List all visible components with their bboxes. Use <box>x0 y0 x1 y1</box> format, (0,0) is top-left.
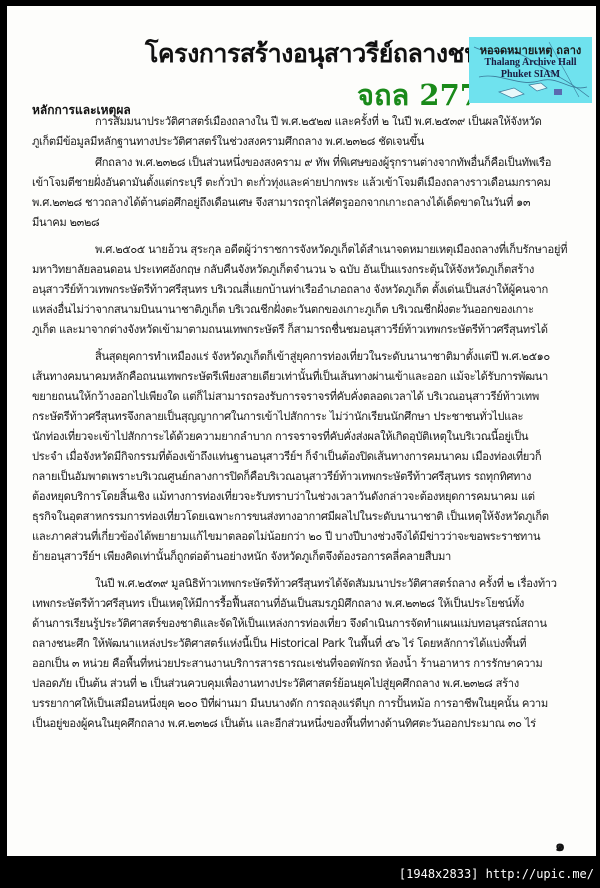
body-line: เป็นอยู่ของผู้คนในยุคศึกถลาง พ.ศ.๒๓๒๘ เป… <box>32 714 579 732</box>
body-line: ภูเก็ต และมาจากต่างจังหวัดเข้ามาตามถนนเท… <box>32 320 579 338</box>
logo-english-line2: Phuket SIAM <box>469 69 592 80</box>
archive-logo: หอจดหมายเหตุ ถลาง Thalang Archive Hall P… <box>469 37 592 103</box>
body-line: เข้าโจมตีชายฝั่งอันดามันตั้งแต่กระบุรี ต… <box>32 173 579 191</box>
body-line: ประจำ เมื่อจังหวัดมีกิจกรรมที่ต้องเข้าถึ… <box>32 447 579 465</box>
document-title: โครงการสร้างอนุสาวรีย์ถลางชนะศึก <box>145 34 524 74</box>
body-line: ขยายถนนให้กว้างออกไปเพียงใด แต่ก็ไม่สามา… <box>32 387 579 405</box>
document-page: โครงการสร้างอนุสาวรีย์ถลางชนะศึก จถล 277… <box>7 6 596 856</box>
body-line: ด้านการเรียนรู้ประวัติศาสตร์ของชาติและจั… <box>32 614 579 632</box>
logo-english-line1: Thalang Archive Hall <box>469 57 592 68</box>
body-line: ต้องหยุดบริการโดยสิ้นเชิง แม้ทางการท่องเ… <box>32 487 579 505</box>
body-line: นักท่องเที่ยวจะเข้าไปสักการะได้ด้วยความย… <box>32 427 579 445</box>
image-host-footer: [1948x2833] http://upic.me/ <box>399 867 594 881</box>
body-line: ย้ายอนุสาวรีย์ฯ เพียงคิดเท่านั้นก็ถูกต่อ… <box>32 547 579 565</box>
body-line: กลายเป็นอัมพาตเพราะบริเวณศูนย์กลางการปิด… <box>32 467 579 485</box>
body-line: อนุสาวรีย์ท้าวเทพกระษัตรีท้าวศรีสุนทร บร… <box>32 280 579 298</box>
body-line: ปลอดภัย เป็นต้น ส่วนที่ ๒ เป็นส่วนควบคุม… <box>32 674 579 692</box>
body-line: ธุรกิจในอุตสาหกรรมการท่องเที่ยวโดยเฉพาะก… <box>32 507 579 525</box>
body-line: เทพกระษัตรีท้าวศรีสุนทร เป็นเหตุให้มีการ… <box>32 594 579 612</box>
body-line: พ.ศ.๒๕๐๕ นายอ้วน สุระกุล อดีตผู้ว่าราชกา… <box>95 240 579 258</box>
body-line: ถลางชนะศึก ให้พัฒนาแหล่งประวัติศาสตร์แห่… <box>32 634 579 652</box>
body-line: ออกเป็น ๓ หน่วย คือพื้นที่หน่วยประสานงาน… <box>32 654 579 672</box>
body-line: เส้นทางคมนาคมหลักคือถนนเทพกระษัตรีเพียงส… <box>32 367 579 385</box>
body-line: ในปี พ.ศ.๒๕๓๙ มูลนิธิท้าวเทพกระษัตรีท้าว… <box>95 574 579 592</box>
body-line: พ.ศ.๒๓๒๘ ชาวถลางได้ต้านต่อศึกอยู่ถึงเดือ… <box>32 193 579 211</box>
body-line: สิ้นสุดยุคการทำเหมืองแร่ จังหวัดภูเก็ตก็… <box>95 347 579 365</box>
body-line: บรรยากาศให้เป็นเสมือนหนึ่งยุค ๒๐๐ ปีที่ผ… <box>32 694 579 712</box>
body-line: การสัมมนาประวัติศาสตร์เมืองถลางใน ปี พ.ศ… <box>95 112 579 130</box>
body-line: แหล่งอื่นไม่ว่าจากสนามบินนานาชาติภูเก็ต … <box>32 300 579 318</box>
body-line: ศึกถลาง พ.ศ.๒๓๒๘ เป็นส่วนหนึ่งของสงคราม … <box>95 153 579 171</box>
body-line: มีนาคม ๒๓๒๘ <box>32 213 579 231</box>
body-line: กระษัตรีท้าวศรีสุนทรจึงกลายเป็นสุญญากาศใ… <box>32 407 579 425</box>
page-number: ๑ <box>555 834 565 859</box>
body-line: ภูเก็ตมีข้อมูลมีหลักฐานทางประวัติศาสตร์ใ… <box>32 132 579 150</box>
body-line: และภาคส่วนที่เกี่ยวข้องได้พยายามแก้ไขมาต… <box>32 527 579 545</box>
body-line: มหาวิทยาลัยลอนดอน ประเทศอังกฤษ กลับคืนจั… <box>32 260 579 278</box>
